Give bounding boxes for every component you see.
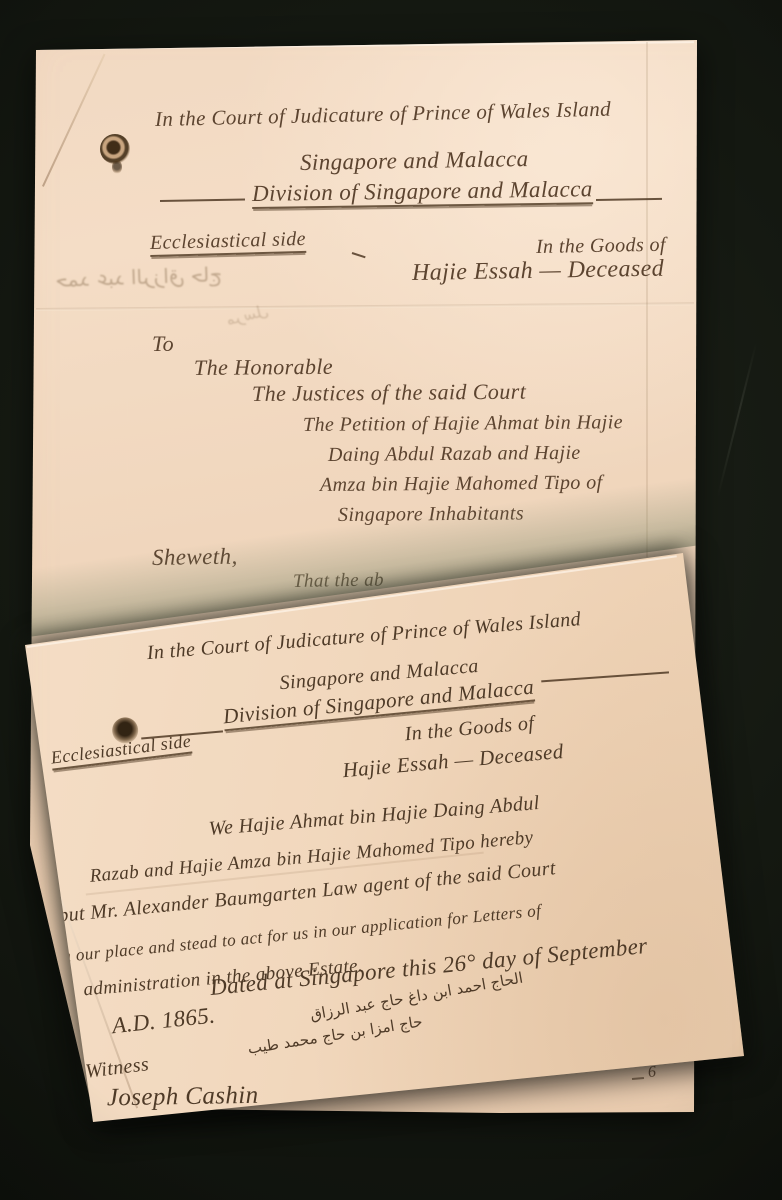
rule-dash [541,671,669,682]
deceased-line: Hajie Essah — Deceased [342,740,565,782]
court-line-1: In the Court of Judicature of Prince of … [146,608,582,664]
year-line: A.D. 1865. [111,1002,217,1038]
authorization-paper: In the Court of Judicature of Prince of … [0,0,782,1200]
photo-stage: حمد عبد الرزاق حاج مرسل In the Court of … [0,0,782,1200]
witness-label: Witness [84,1053,150,1083]
authorization-paper-wrap: In the Court of Judicature of Prince of … [0,0,782,1200]
jawi-signature-2: حاج امزا بن حاج محمد طيب [247,1013,424,1057]
goods-label: In the Goods of [404,712,535,745]
authorization-text-layer: In the Court of Judicature of Prince of … [25,565,741,1142]
